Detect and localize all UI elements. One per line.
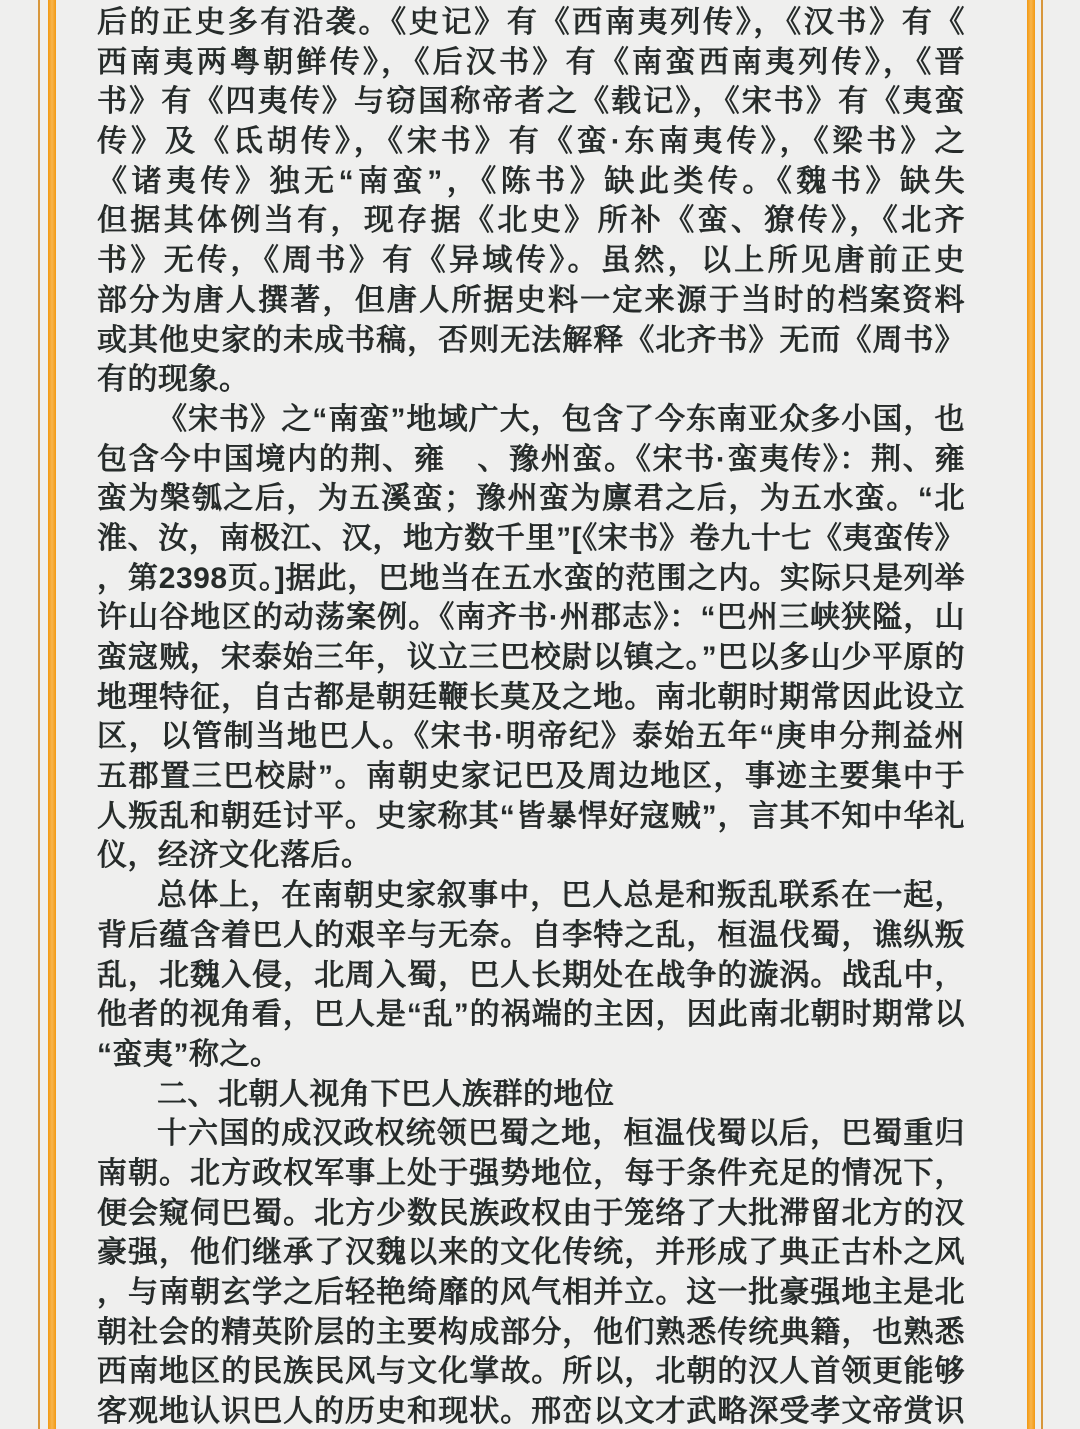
section-heading: 二、北朝人视角下巴人族群的地位 (97, 1075, 965, 1115)
text-line: 背后蕴含着巴人的艰辛与无奈。自李特之乱，桓温伐蜀，谯纵叛 (97, 916, 965, 956)
text-line: “蛮夷”称之。 (97, 1035, 965, 1075)
text-line: 人叛乱和朝廷讨平。史家称其“皆暴悍好寇贼”，言其不知中华礼 (97, 797, 965, 837)
text-line: 南朝。北方政权军事上处于强势地位，每于条件充足的情况下， (97, 1154, 965, 1194)
text-line: 便会窥伺巴蜀。北方少数民族政权由于笼络了大批滞留北方的汉族 (97, 1194, 965, 1234)
text-line: 蛮寇贼，宋泰始三年，议立三巴校尉以镇之。”巴以多山少平原的 (97, 638, 965, 678)
text-column: 后的正史多有沿袭。《史记》有《西南夷列传》，《汉书》有《西南夷两粤朝鲜传》，《后… (97, 3, 965, 1429)
left-outer-border-line (38, 0, 40, 1429)
text-line: 五郡置三巴校尉”。南朝史家记巴及周边地区，事迹主要集中于巴 (97, 757, 965, 797)
text-line: 蛮为槃瓠之后，为五溪蛮；豫州蛮为廪君之后，为五水蛮。“北接 (97, 479, 965, 519)
text-line: 地理特征，自古都是朝廷鞭长莫及之地。南北朝时期常因此设立特 (97, 678, 965, 718)
left-inner-border-bar (48, 0, 56, 1429)
text-line: 或其他史家的未成书稿，否则无法解释《北齐书》无而《周书》 (97, 321, 965, 361)
text-line: 《宋书》之“南蛮”地域广大，包含了今东南亚众多小国，也 (97, 400, 965, 440)
text-line: 他者的视角看，巴人是“乱”的祸端的主因，因此南北朝时期常以 (97, 995, 965, 1035)
text-line: ，第2398页。]据此，巴地当在五水蛮的范围之内。实际只是列举些 (97, 559, 965, 599)
text-line: 仪，经济文化落后。 (97, 836, 965, 876)
text-line: 但据其体例当有，现存据《北史》所补《蛮、獠传》，《北齐 (97, 201, 965, 241)
text-line: 区，以管制当地巴人。《宋书·明帝纪》泰始五年“庚申分荆益州 (97, 717, 965, 757)
text-line: ，与南朝玄学之后轻艳绮靡的风气相并立。这一批豪强地主是北 (97, 1273, 965, 1313)
document-page: 后的正史多有沿袭。《史记》有《西南夷列传》，《汉书》有《西南夷两粤朝鲜传》，《后… (0, 0, 1080, 1429)
right-inner-border-bar (1027, 0, 1035, 1429)
text-line: 部分为唐人撰著，但唐人所据史料一定来源于当时的档案资料 (97, 281, 965, 321)
text-line: 包含今中国境内的荆、雍 、豫州蛮。《宋书·蛮夷传》：荆、雍 (97, 440, 965, 480)
text-line: 淮、汝，南极江、汉，地方数千里”[《宋书》卷九十七《夷蛮传》 (97, 519, 965, 559)
text-line: 西南地区的民族民风与文化掌故。所以，北朝的汉人首领更能够 (97, 1352, 965, 1392)
text-line: 后的正史多有沿袭。《史记》有《西南夷列传》，《汉书》有《 (97, 3, 965, 43)
text-line: 书》有《四夷传》与窃国称帝者之《载记》，《宋书》有《夷蛮 (97, 82, 965, 122)
text-line: 《诸夷传》独无“南蛮”，《陈书》缺此类传。《魏书》缺失 (97, 162, 965, 202)
text-line: 有的现象。 (97, 360, 965, 400)
text-line: 客观地认识巴人的历史和现状。邢峦以文才武略深受孝文帝赏识 (97, 1392, 965, 1429)
text-line: 书》无传，《周书》有《异域传》。虽然，以上所见唐前正史 (97, 241, 965, 281)
text-line: 朝社会的精英阶层的主要构成部分，他们熟悉传统典籍，也熟悉 (97, 1313, 965, 1353)
text-line: 总体上，在南朝史家叙事中，巴人总是和叛乱联系在一起，这 (97, 876, 965, 916)
text-line: 十六国的成汉政权统领巴蜀之地，桓温伐蜀以后，巴蜀重归 (97, 1114, 965, 1154)
text-line: 传》及《氐胡传》，《宋书》有《蛮·东南夷传》，《梁书》之 (97, 122, 965, 162)
text-line: 乱，北魏入侵，北周入蜀，巴人长期处在战争的漩涡。战乱中，以 (97, 956, 965, 996)
text-line: 许山谷地区的动荡案例。《南齐书·州郡志》：“巴州三峡狭隘，山 (97, 598, 965, 638)
text-line: 豪强，他们继承了汉魏以来的文化传统，并形成了典正古朴之风 (97, 1233, 965, 1273)
text-line: 西南夷两粤朝鲜传》，《后汉书》有《南蛮西南夷列传》，《晋 (97, 43, 965, 83)
right-outer-border-line (1041, 0, 1043, 1429)
